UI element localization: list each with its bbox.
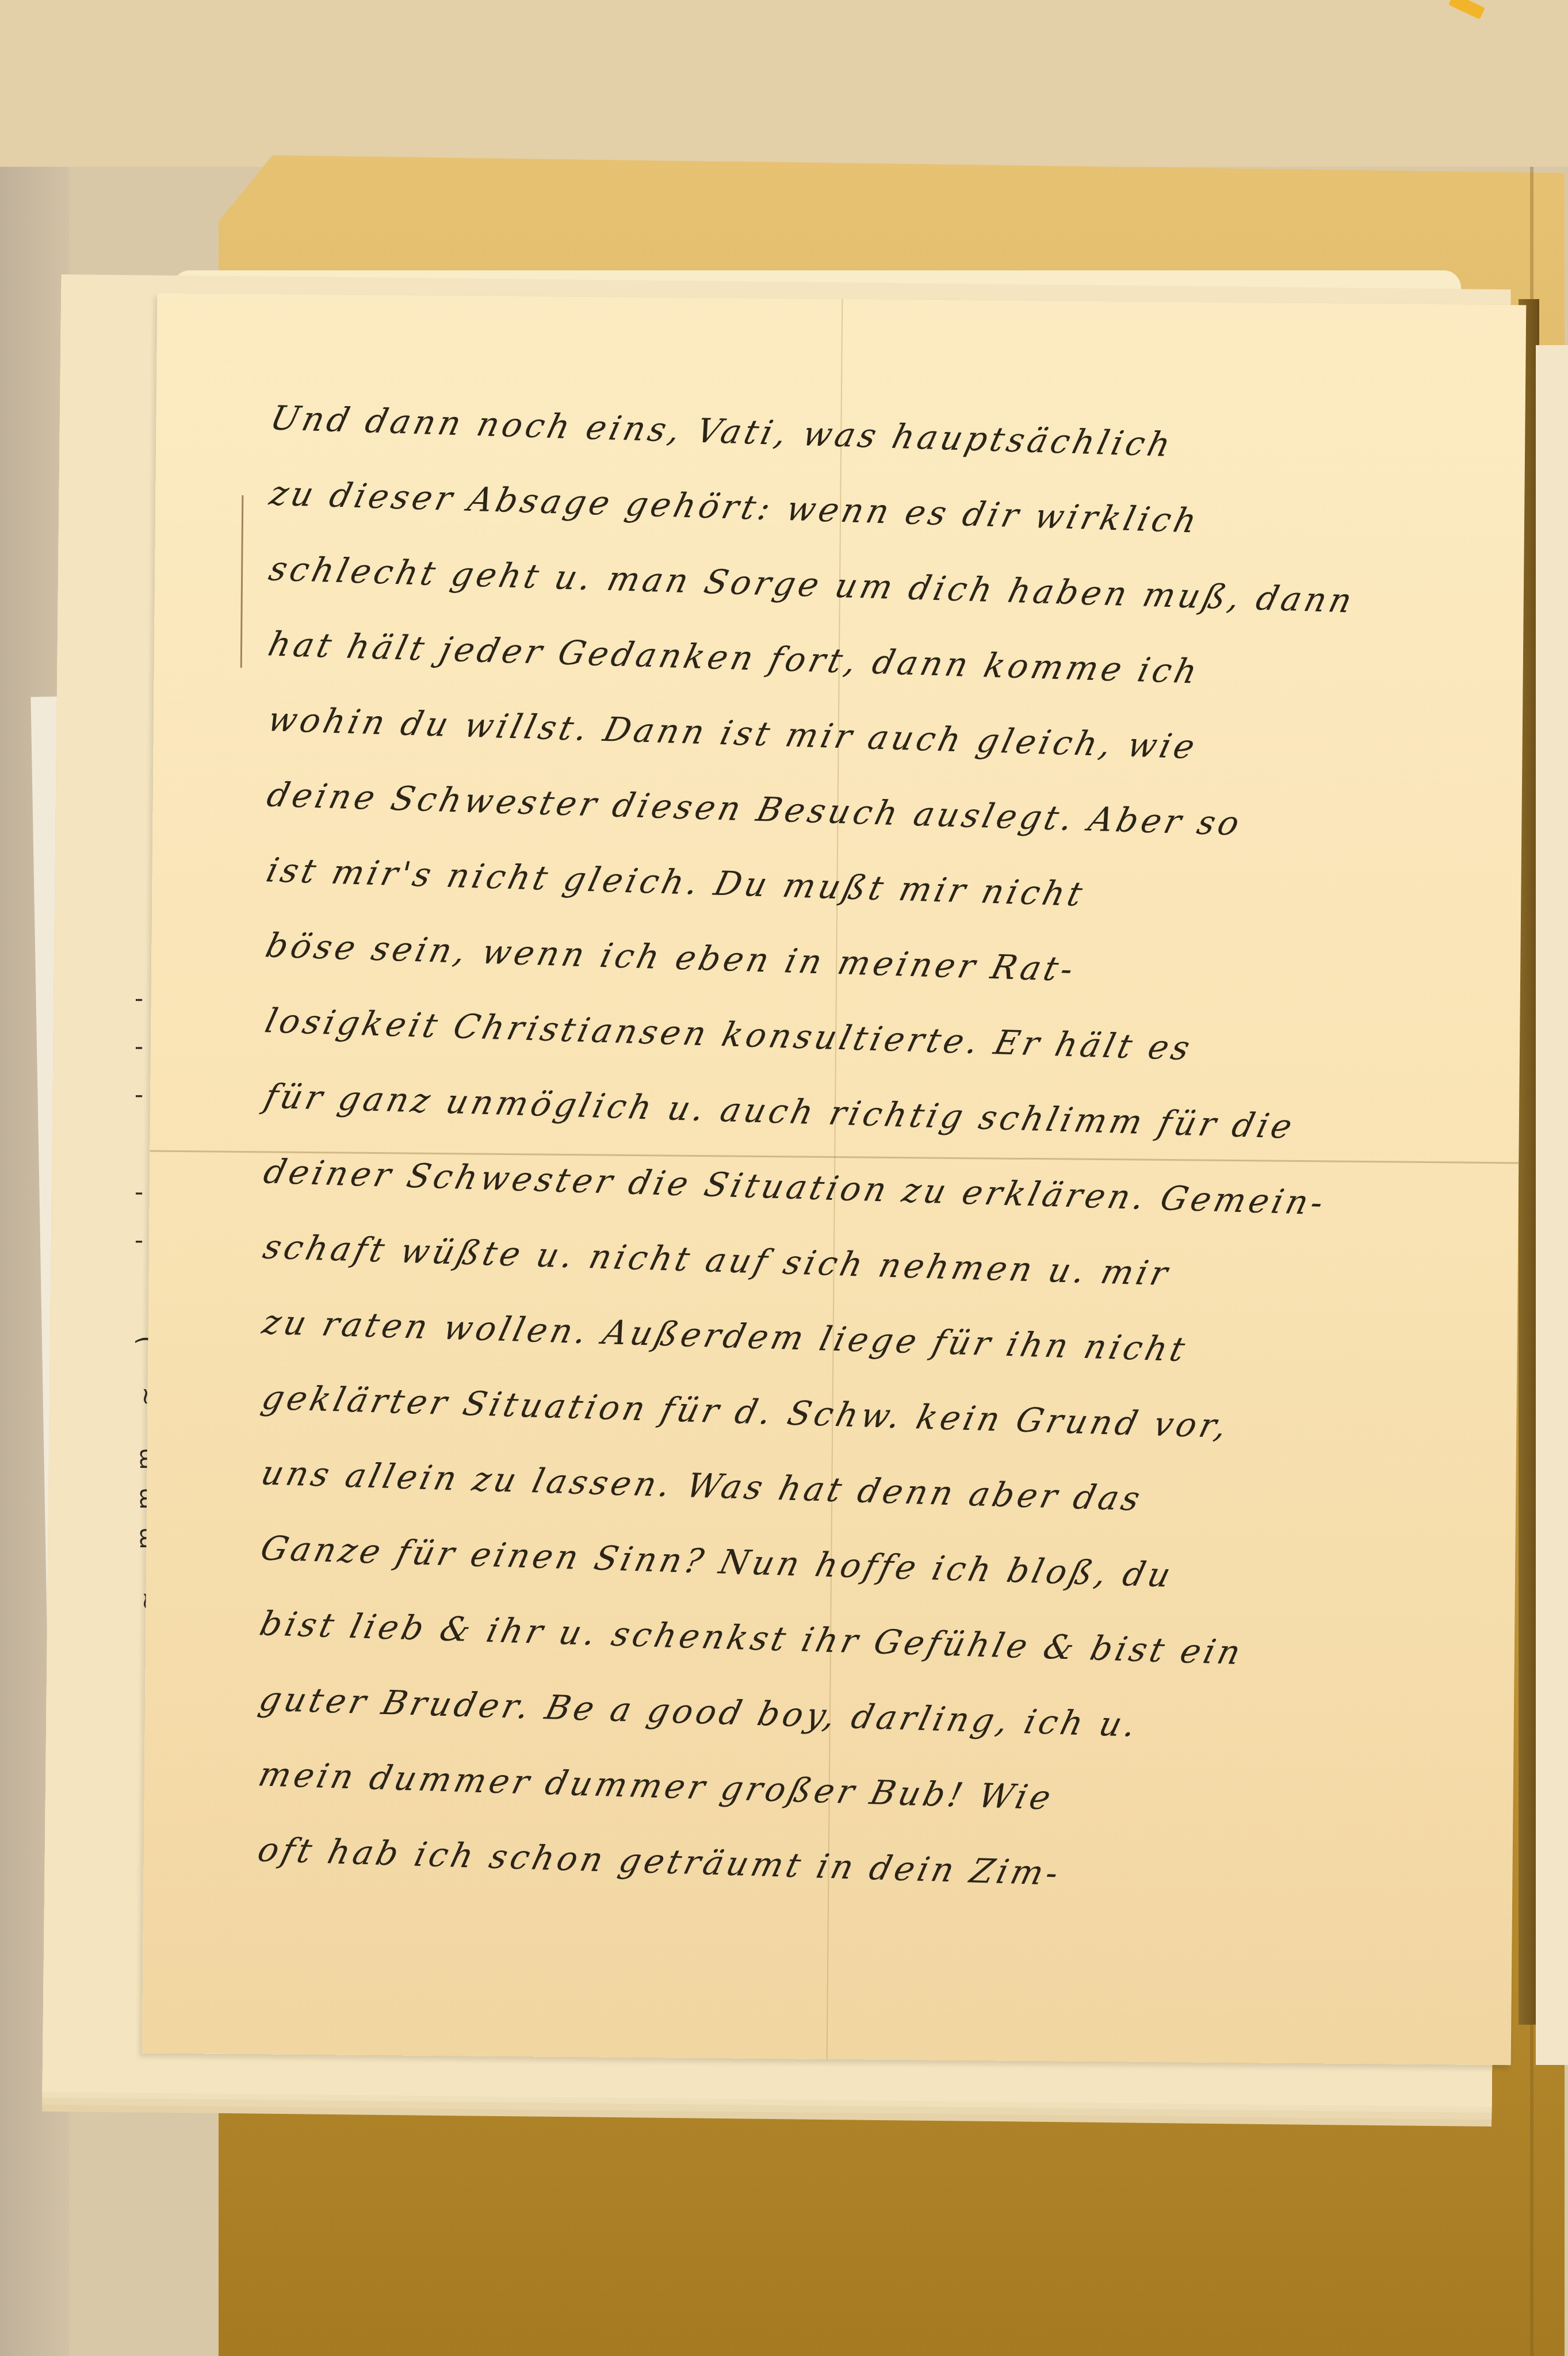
desk-surface-top	[0, 0, 1568, 167]
margin-pencil-line	[240, 495, 244, 668]
letter-page: Und dann noch eins, Vati, was hauptsächl…	[142, 293, 1527, 2066]
handwritten-text: Und dann noch eins, Vati, was hauptsächl…	[258, 380, 1479, 1898]
adjacent-sheet-right	[1536, 345, 1568, 2065]
